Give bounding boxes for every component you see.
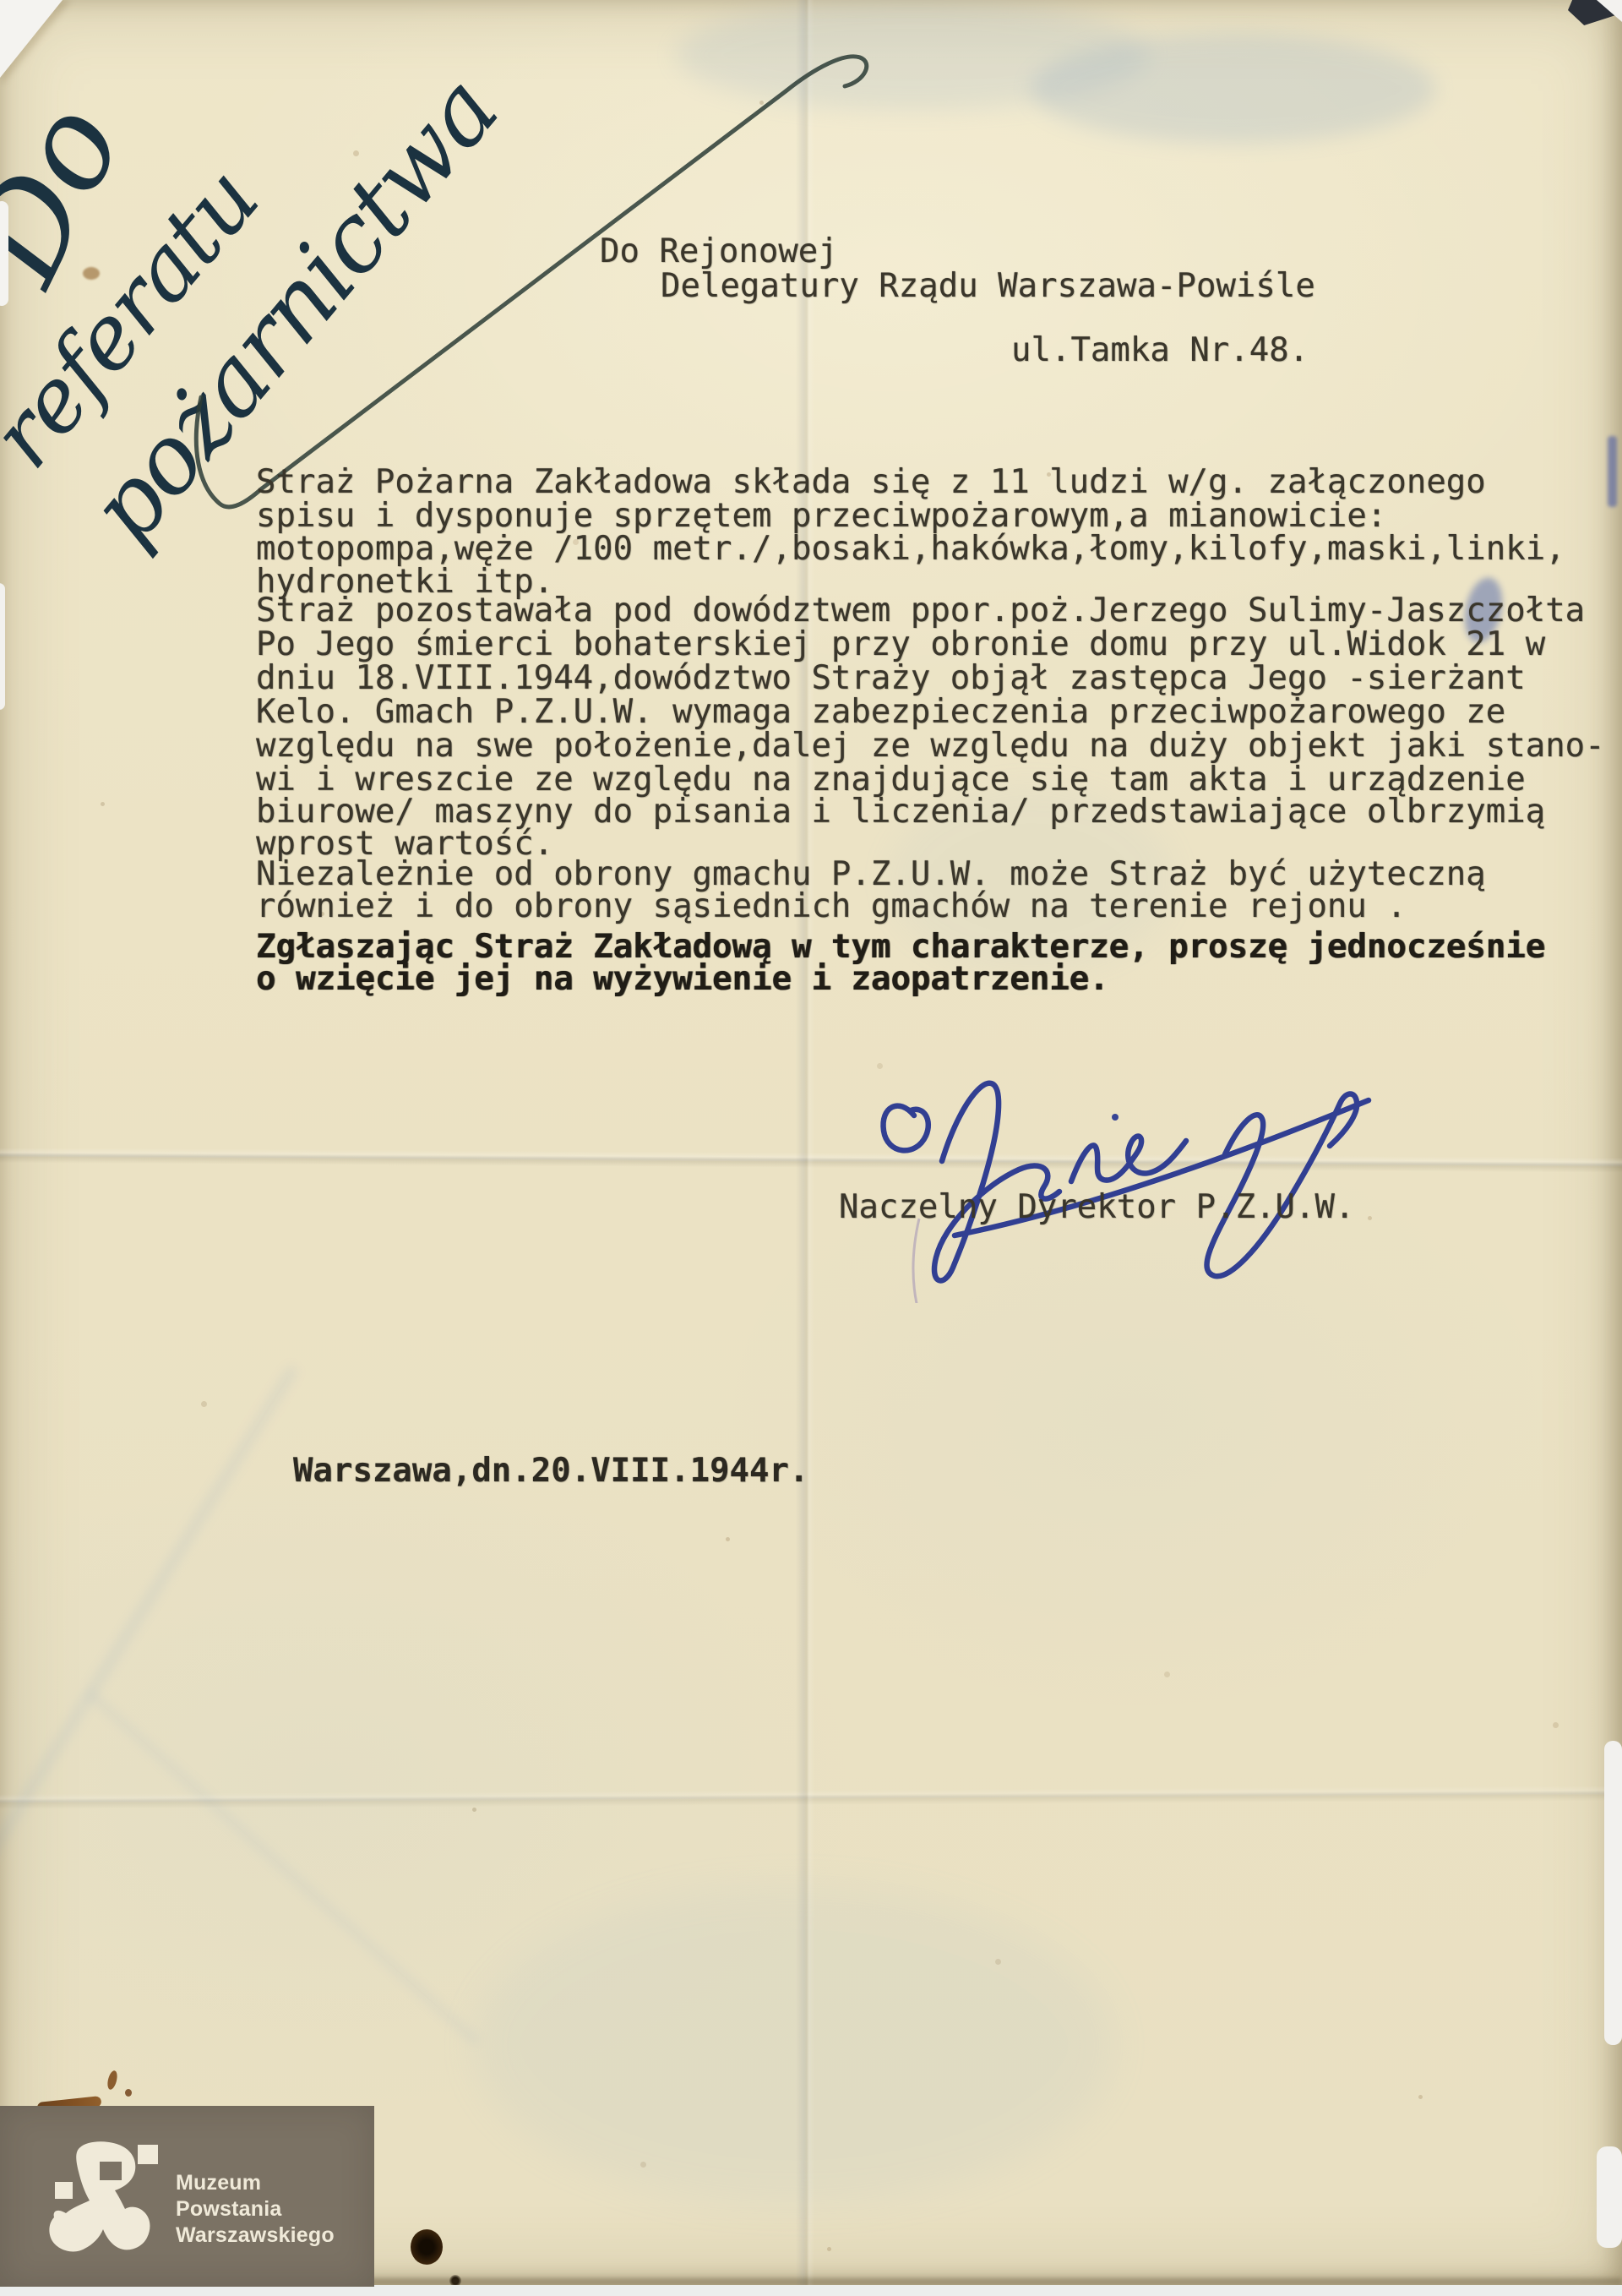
signature-ink-dot xyxy=(1112,1114,1119,1121)
edge-tear xyxy=(0,201,8,306)
torn-corner-top-right xyxy=(1597,0,1622,22)
pencil-mark xyxy=(913,1219,919,1303)
edge-tear xyxy=(1597,2146,1622,2248)
body-line: o wzięcie jej na wyżywienie i zaopatrzen… xyxy=(256,963,1109,995)
signature-title: Naczelny Dyrektor P.Z.U.W. xyxy=(839,1191,1354,1224)
body-line: Niezależnie od obrony gmachu P.Z.U.W. mo… xyxy=(256,858,1486,891)
torn-corner-top-left xyxy=(0,0,63,78)
body-line: również i do obrony sąsiednich gmachów n… xyxy=(256,890,1407,923)
document-scan: Do referatu pożarnictwa Do RejonowejDele… xyxy=(0,0,1622,2296)
dateline: Warszawa,dn.20.VIII.1944r. xyxy=(293,1454,808,1487)
body-line: dniu 18.VIII.1944,dowództwo Straży objął… xyxy=(256,662,1526,695)
watermark-text-line: Powstania xyxy=(176,2198,281,2220)
body-line: Straż Pożarna Zakładowa składa się z 11 … xyxy=(256,466,1486,499)
body-line: Zgłaszając Straż Zakładową w tym charakt… xyxy=(256,930,1545,963)
body-line: biurowe/ maszyny do pisania i liczenia/ … xyxy=(256,795,1545,828)
watermark-text-line: Warszawskiego xyxy=(176,2224,335,2246)
edge-tear xyxy=(1604,1741,1622,2045)
body-line: spisu i dysponuje sprzętem przeciwpożaro… xyxy=(256,499,1386,532)
body-line: Straż pozostawała pod dowództwem ppor.po… xyxy=(256,594,1585,627)
body-line: wi i wreszcie ze względu na znajdujące s… xyxy=(256,763,1526,796)
body-line: Po Jego śmierci bohaterskiej przy obroni… xyxy=(256,628,1545,661)
body-line: względu na swe położenie,dalej ze względ… xyxy=(256,729,1605,762)
edge-tear xyxy=(0,583,5,710)
signature-ink xyxy=(862,1066,1419,1303)
body-line: motopompa,węże /100 metr./,bosaki,hakówk… xyxy=(256,532,1565,565)
watermark-text-line: Muzeum xyxy=(176,2172,261,2194)
body-line: Kelo. Gmach P.Z.U.W. wymaga zabezpieczen… xyxy=(256,695,1505,728)
